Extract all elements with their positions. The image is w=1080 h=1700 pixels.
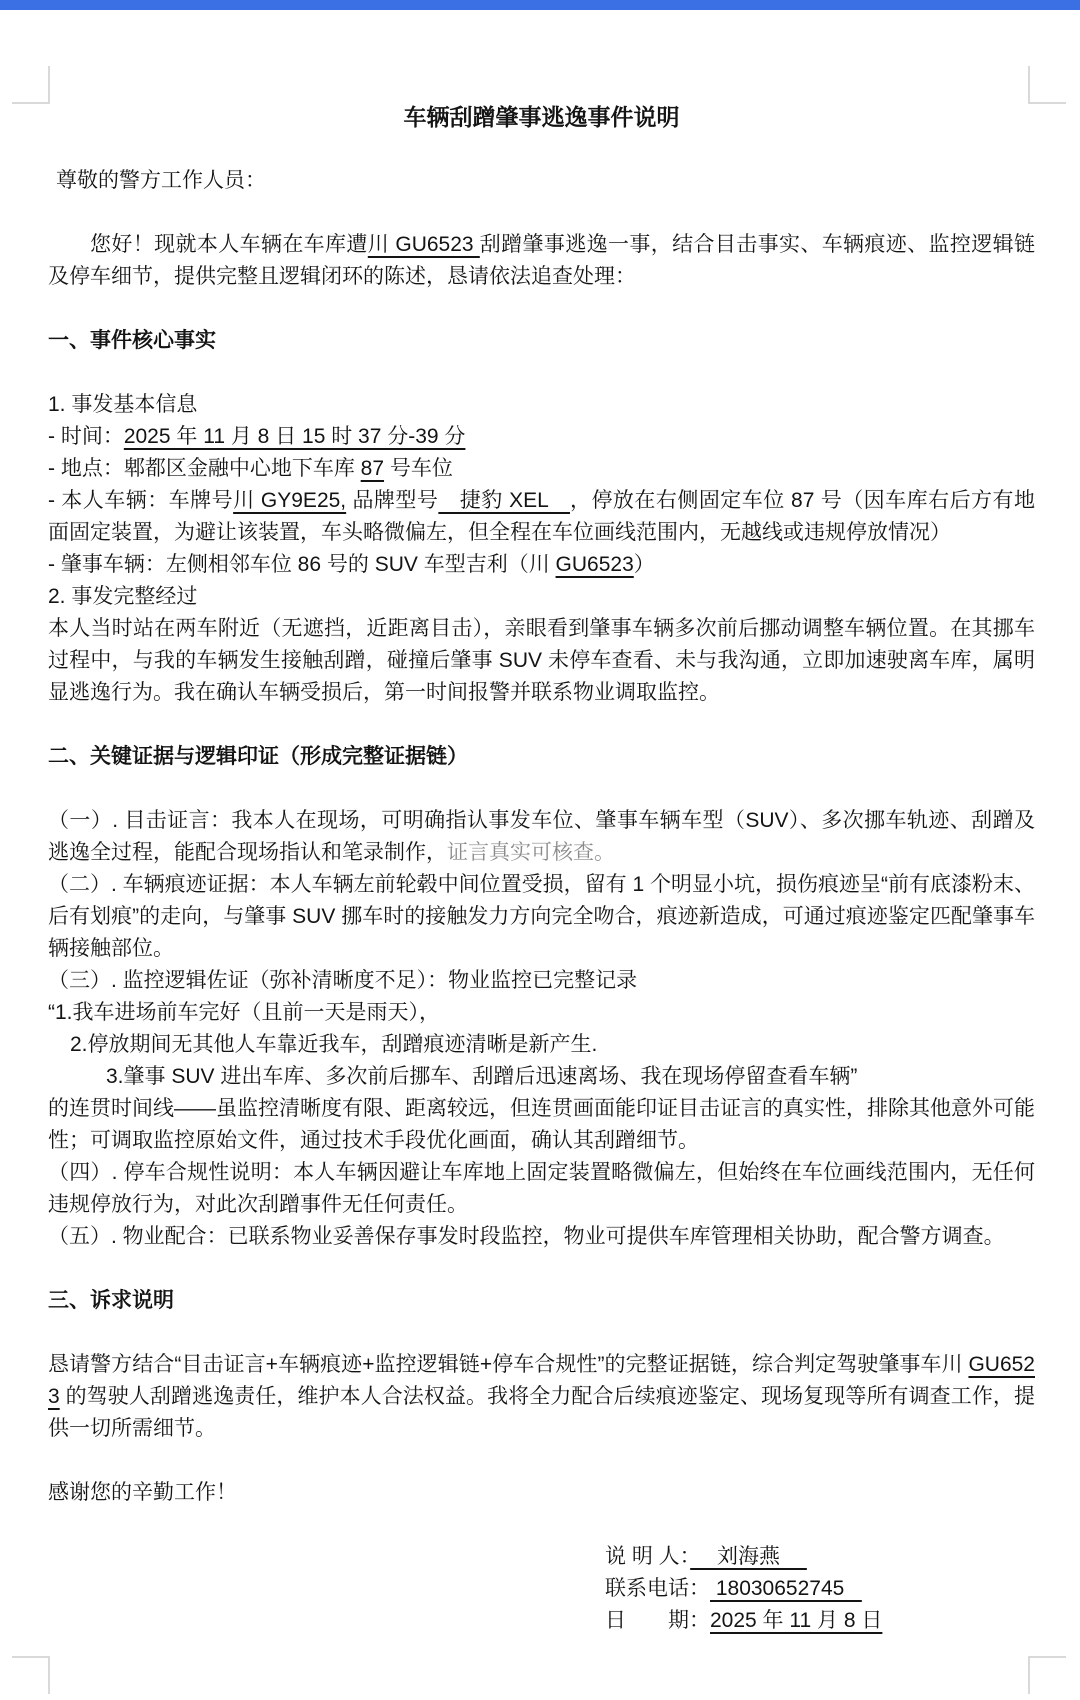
evidence-4-parking-compliance: （四）. 停车合规性说明：本人车辆因避让车库地上固定装置略微偏左，但始终在车位画…: [48, 1157, 1035, 1221]
text-run: 的驾驶人刮蹭逃逸责任，维护本人合法权益。我将全力配合后续痕迹鉴定、现场复现等所有…: [48, 1385, 1035, 1440]
text-boundary-mark-bottom-left: [12, 1656, 50, 1694]
blank-line: [48, 1445, 1035, 1477]
text-run: （五）. 物业配合：已联系物业妥善保存事发时段监控，物业可提供车库管理相关协助，…: [48, 1225, 1005, 1248]
text-run: 日 期：: [605, 1609, 710, 1632]
item-location: - 地点：郫都区金融中心地下车库 87 号车位: [48, 453, 1035, 485]
intro-paragraph: 您好！现就本人车辆在车库遭川 GU6523 刮蹭肇事逃逸一事，结合目击事实、车辆…: [48, 229, 1035, 293]
text-run: 联系电话：: [605, 1577, 710, 1600]
text-run: 感谢您的辛勤工作！: [48, 1481, 237, 1504]
text-boundary-mark-bottom-right: [1028, 1656, 1066, 1694]
item-basic-info-heading: 1. 事发基本信息: [48, 389, 1035, 421]
signature-date-line: 日 期：2025 年 11 月 8 日: [605, 1605, 1035, 1637]
thanks-line: 感谢您的辛勤工作！: [48, 1477, 1035, 1509]
text-run: 恳请警方结合“目击证言+车辆痕迹+监控逻辑链+停车合规性”的完整证据链，综合判定…: [48, 1353, 968, 1376]
text-run: 车辆刮蹭肇事逃逸事件说明: [404, 104, 680, 130]
text-run: 品牌型号: [346, 489, 438, 512]
text-run: 证言真实可核查。: [447, 841, 615, 864]
item-offending-vehicle: - 肇事车辆：左侧相邻车位 86 号的 SUV 车型吉利（川 GU6523）: [48, 549, 1035, 581]
text-run: 本人当时站在两车附近（无遮挡，近距离目击），亲眼看到肇事车辆多次前后挪动调整车辆…: [48, 617, 1035, 704]
surveillance-point-3: 3.肇事 SUV 进出车库、多次前后挪车、刮蹭后迅速离场、我在现场停留查看车辆”: [48, 1061, 1035, 1093]
underlined-text: 87: [361, 457, 384, 480]
text-run: （四）. 停车合规性说明：本人车辆因避让车库地上固定装置略微偏左，但始终在车位画…: [48, 1161, 1035, 1216]
underlined-text: 川 GU6523: [368, 233, 480, 256]
text-run: （二）. 车辆痕迹证据：本人车辆左前轮毂中间位置受损，留有 1 个明显小坑，损伤…: [48, 873, 1035, 960]
text-run: - 地点：郫都区金融中心地下车库: [48, 457, 361, 480]
underlined-text: 捷豹 XEL: [438, 489, 570, 512]
document-content: 车辆刮蹭肇事逃逸事件说明尊敬的警方工作人员：您好！现就本人车辆在车库遭川 GU6…: [48, 101, 1035, 1637]
item-time: - 时间：2025 年 11 月 8 日 15 时 37 分-39 分: [48, 421, 1035, 453]
blank-line: [48, 197, 1035, 229]
full-course-paragraph: 本人当时站在两车附近（无遮挡，近距离目击），亲眼看到肇事车辆多次前后挪动调整车辆…: [48, 613, 1035, 709]
text-boundary-mark-top-right: [1028, 66, 1066, 104]
underlined-text: 18030652745: [710, 1577, 862, 1600]
text-run: 您好！现就本人车辆在车库遭: [90, 233, 368, 256]
text-run: ）: [634, 553, 655, 576]
item-own-vehicle: - 本人车辆：车牌号川 GY9E25, 品牌型号 捷豹 XEL ，停放在右侧固定…: [48, 485, 1035, 549]
text-boundary-mark-top-left: [12, 66, 50, 104]
text-run: 说 明 人：: [605, 1545, 690, 1568]
blank-line: [48, 1509, 1035, 1541]
surveillance-conclusion: 的连贯时间线——虽监控清晰度有限、距离较远，但连贯画面能印证目击证言的真实性，排…: [48, 1093, 1035, 1157]
underlined-text: 川 GY9E25,: [233, 489, 346, 512]
text-run: 一、事件核心事实: [48, 329, 216, 352]
blank-line: [48, 133, 1035, 165]
text-run: “1.我车进场前车完好（且前一天是雨天），: [48, 1001, 440, 1024]
text-run: （三）. 监控逻辑佐证（弥补清晰度不足）：物业监控已完整记录: [48, 969, 637, 992]
section-heading-3: 三、诉求说明: [48, 1285, 1035, 1317]
blank-line: [48, 773, 1035, 805]
appeal-paragraph: 恳请警方结合“目击证言+车辆痕迹+监控逻辑链+停车合规性”的完整证据链，综合判定…: [48, 1349, 1035, 1445]
signature-phone-line: 联系电话： 18030652745: [605, 1573, 1035, 1605]
text-run: 二、关键证据与逻辑印证（形成完整证据链）: [48, 745, 468, 768]
blank-line: [48, 357, 1035, 389]
evidence-3-surveillance: （三）. 监控逻辑佐证（弥补清晰度不足）：物业监控已完整记录: [48, 965, 1035, 997]
text-run: 2. 事发完整经过: [48, 585, 197, 608]
blank-line: [48, 1317, 1035, 1349]
surveillance-point-2: 2.停放期间无其他人车靠近我车，刮蹭痕迹清晰是新产生.: [48, 1029, 1035, 1061]
top-accent-bar: [0, 0, 1080, 10]
text-run: - 肇事车辆：左侧相邻车位 86 号的 SUV 车型吉利（川: [48, 553, 556, 576]
text-run: 号车位: [384, 457, 453, 480]
underlined-text: GU6523: [556, 553, 634, 576]
text-run: 1. 事发基本信息: [48, 393, 197, 416]
text-run: 尊敬的警方工作人员：: [56, 169, 266, 192]
text-run: - 本人车辆：车牌号: [48, 489, 233, 512]
surveillance-point-1: “1.我车进场前车完好（且前一天是雨天），: [48, 997, 1035, 1029]
underlined-text: 2025 年 11 月 8 日: [710, 1609, 882, 1632]
blank-line: [48, 709, 1035, 741]
text-run: 三、诉求说明: [48, 1289, 174, 1312]
text-run: 的连贯时间线——虽监控清晰度有限、距离较远，但连贯画面能印证目击证言的真实性，排…: [48, 1097, 1035, 1152]
section-heading-1: 一、事件核心事实: [48, 325, 1035, 357]
document-title: 车辆刮蹭肇事逃逸事件说明: [48, 101, 1035, 133]
evidence-5-property-cooperation: （五）. 物业配合：已联系物业妥善保存事发时段监控，物业可提供车库管理相关协助，…: [48, 1221, 1035, 1253]
blank-line: [48, 1253, 1035, 1285]
salutation: 尊敬的警方工作人员：: [48, 165, 1035, 197]
evidence-2-traces: （二）. 车辆痕迹证据：本人车辆左前轮毂中间位置受损，留有 1 个明显小坑，损伤…: [48, 869, 1035, 965]
underlined-text: 2025 年 11 月 8 日 15 时 37 分-39 分: [124, 425, 466, 448]
text-run: 3.肇事 SUV 进出车库、多次前后挪车、刮蹭后迅速离场、我在现场停留查看车辆”: [106, 1065, 857, 1088]
item-full-course-heading: 2. 事发完整经过: [48, 581, 1035, 613]
blank-line: [48, 293, 1035, 325]
underlined-text: 刘海燕: [690, 1545, 807, 1568]
evidence-1-witness: （一）. 目击证言：我本人在现场，可明确指认事发车位、肇事车辆车型（SUV）、多…: [48, 805, 1035, 869]
signature-name-line: 说 明 人： 刘海燕: [605, 1541, 1035, 1573]
text-run: - 时间：: [48, 425, 124, 448]
section-heading-2: 二、关键证据与逻辑印证（形成完整证据链）: [48, 741, 1035, 773]
text-run: 2.停放期间无其他人车靠近我车，刮蹭痕迹清晰是新产生.: [70, 1033, 597, 1056]
document-page: { "page": { "top_bar_color": "#3B70E4", …: [0, 0, 1080, 1700]
